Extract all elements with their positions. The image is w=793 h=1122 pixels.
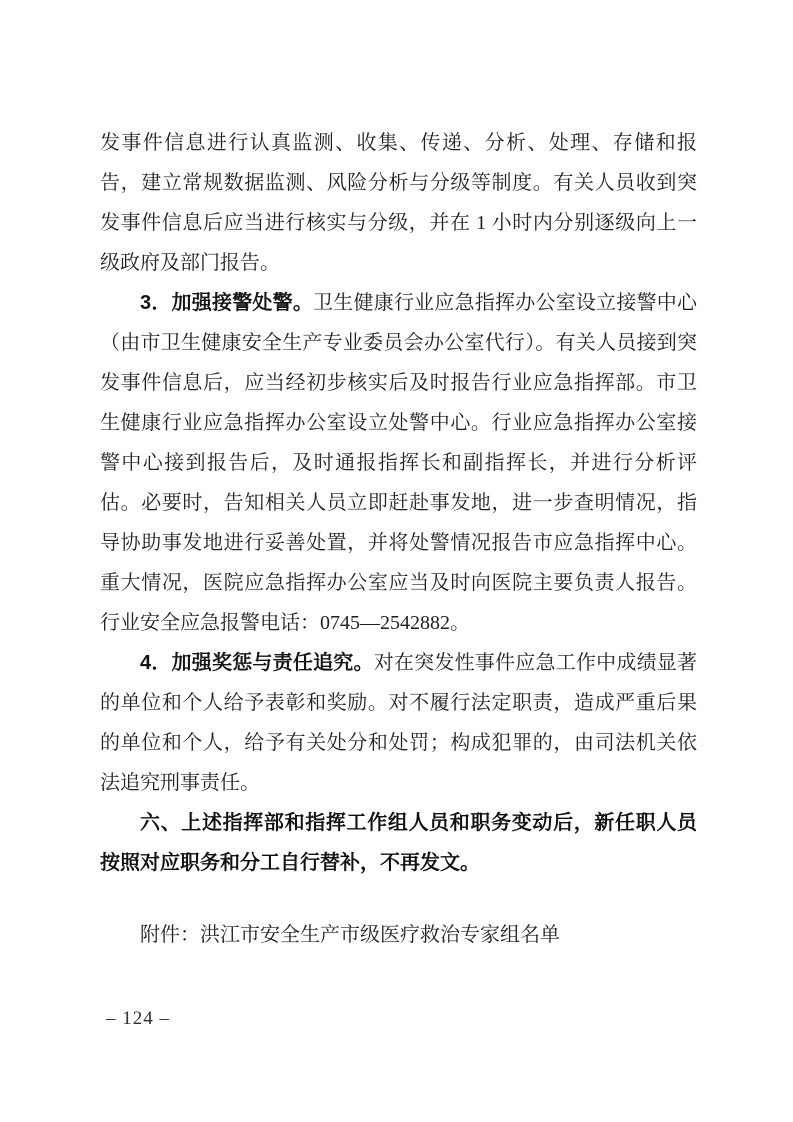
page-number: – 124 – bbox=[106, 1008, 170, 1030]
attachment-line: 附件：洪江市安全生产市级医疗救治专家组名单 bbox=[100, 915, 697, 955]
item-3-paragraph: 3．加强接警处警。卫生健康行业应急指挥办公室设立接警中心（由市卫生健康安全生产专… bbox=[100, 283, 697, 643]
item-4-heading: 4．加强奖惩与责任追究。 bbox=[140, 652, 374, 674]
item-3-text: 卫生健康行业应急指挥办公室设立接警中心（由市卫生健康安全生产专业委员会办公室代行… bbox=[100, 292, 697, 634]
item-3-heading: 3．加强接警处警。 bbox=[140, 292, 313, 314]
document-body: 发事件信息进行认真监测、收集、传递、分析、处理、存储和报告，建立常规数据监测、风… bbox=[100, 123, 697, 955]
section-6-paragraph: 六、上述指挥部和指挥工作组人员和职务变动后，新任职人员按照对应职务和分工自行替补… bbox=[100, 803, 697, 883]
continuation-paragraph: 发事件信息进行认真监测、收集、传递、分析、处理、存储和报告，建立常规数据监测、风… bbox=[100, 123, 697, 283]
item-4-paragraph: 4．加强奖惩与责任追究。对在突发性事件应急工作中成绩显著的单位和个人给予表彰和奖… bbox=[100, 643, 697, 803]
document-page: 发事件信息进行认真监测、收集、传递、分析、处理、存储和报告，建立常规数据监测、风… bbox=[0, 0, 793, 1122]
